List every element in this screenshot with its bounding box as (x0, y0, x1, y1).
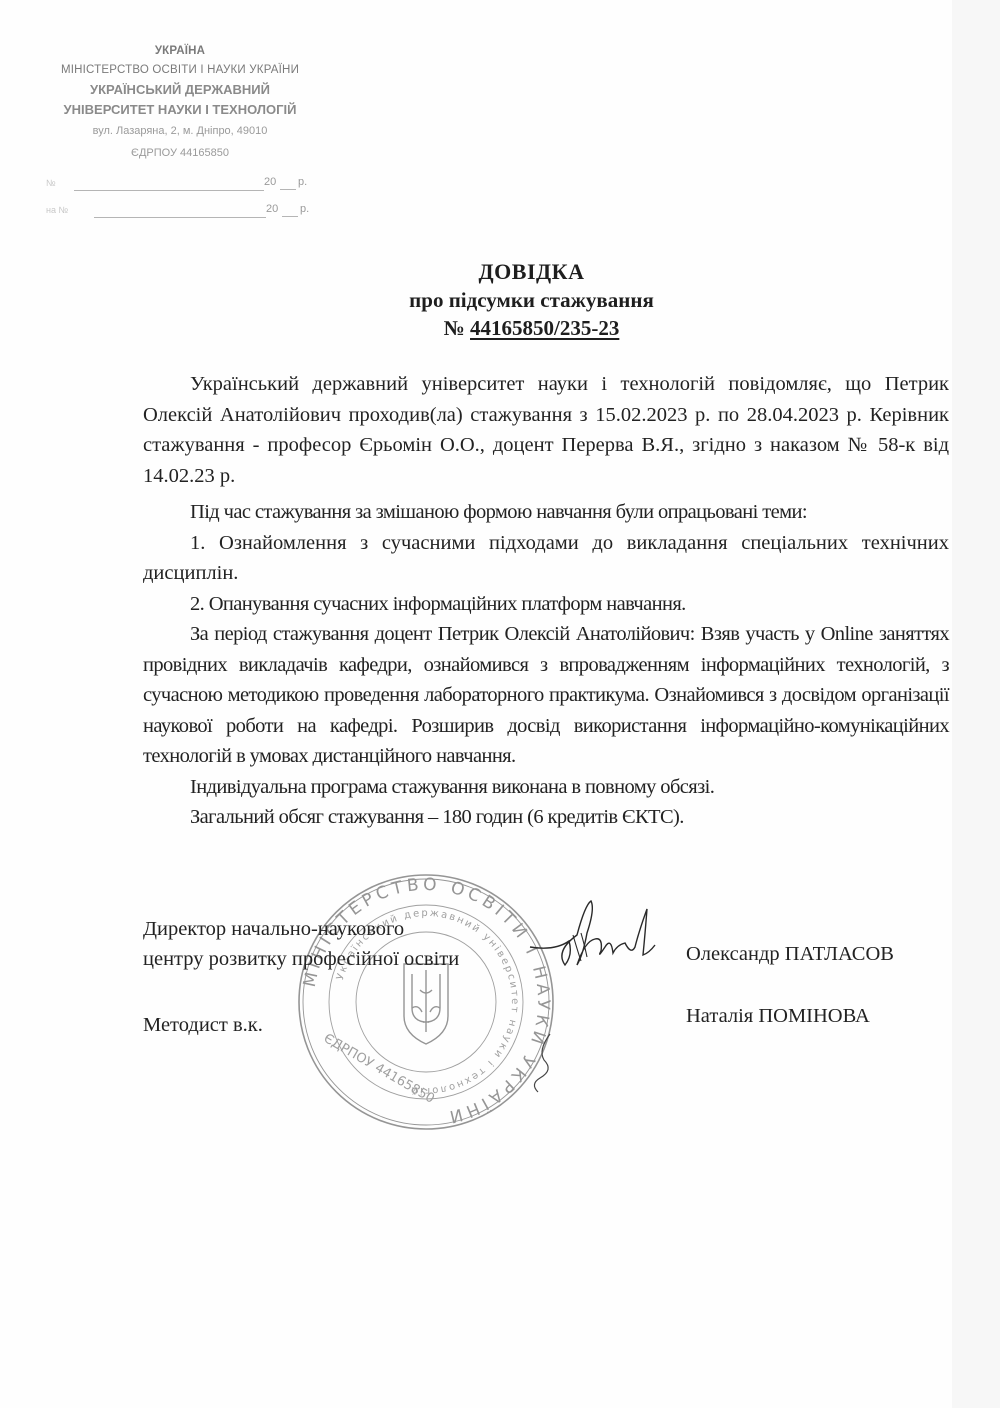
topic-item-1: 1. Ознайомлення з сучасними підходами до… (143, 528, 949, 589)
svg-text:ЄДРПОУ 44165850: ЄДРПОУ 44165850 (321, 1031, 437, 1107)
reg-suffix: р. (298, 176, 307, 188)
paragraph-activities: За період стажування доцент Петрик Олекс… (143, 619, 949, 772)
reg-year-blank (280, 189, 296, 190)
number-value: 44165850/235-23 (470, 316, 619, 340)
reg-suffix: р. (300, 203, 309, 215)
stamp-edrpou: ЄДРПОУ 44165850 (30, 142, 330, 164)
stamp-university-line1: УКРАЇНСЬКИЙ ДЕРЖАВНИЙ (30, 80, 330, 100)
reg-year-blank (282, 216, 298, 217)
director-title-line1: Директор начально-наукового (143, 914, 459, 944)
director-signature-icon (525, 895, 665, 975)
reg-blank (74, 190, 264, 191)
director-title: Директор начально-наукового центру розви… (143, 914, 459, 974)
director-name: Олександр ПАТЛАСОВ (686, 939, 894, 969)
document-body: Український державний університет науки … (143, 369, 949, 833)
official-seal-icon: МІНІСТЕРСТВО ОСВІТИ І НАУКИ УКРАЇНИ Укра… (296, 872, 556, 1132)
document-title-block: ДОВІДКА про підсумки стажування № 441658… (0, 258, 1000, 342)
stamp-ministry: МІНІСТЕРСТВО ОСВІТИ І НАУКИ УКРАЇНИ (30, 61, 330, 80)
reply-to-number-line: на № 20 р. (44, 203, 324, 221)
number-prefix: № (444, 316, 470, 340)
reg-blank (94, 217, 266, 218)
registration-number-line: № 20 р. (44, 176, 324, 194)
document-title: ДОВІДКА (0, 258, 1000, 286)
paragraph-intro: Український державний університет науки … (143, 369, 949, 491)
topic-item-2: 2. Опанування сучасних інформаційних пла… (143, 589, 949, 620)
stamp-university-line2: УНІВЕРСИТЕТ НАУКИ І ТЕХНОЛОГІЙ (30, 100, 330, 120)
document-subtitle: про підсумки стажування (0, 286, 1000, 314)
page-edge (952, 0, 1000, 1408)
paragraph-program-completed: Індивідуальна програма стажування викона… (143, 772, 949, 803)
methodist-signature-icon (520, 1030, 570, 1100)
paragraph-total-volume: Загальний обсяг стажування – 180 годин (… (143, 802, 949, 833)
stamp-country: УКРАЇНА (30, 42, 330, 61)
reg-year: 20 (266, 203, 278, 215)
reg-prefix: № (46, 178, 56, 188)
methodist-title: Методист в.к. (143, 1010, 263, 1040)
stamp-address: вул. Лазаряна, 2, м. Дніпро, 49010 (30, 120, 330, 142)
paragraph-topics-intro: Під час стажування за змішаною формою на… (143, 497, 949, 528)
document-number: № 44165850/235-23 (0, 314, 1000, 342)
reg-year: 20 (264, 176, 276, 188)
corner-registration-stamp: УКРАЇНА МІНІСТЕРСТВО ОСВІТИ І НАУКИ УКРА… (30, 42, 330, 164)
director-title-line2: центру розвитку професійної освіти (143, 944, 459, 974)
reg-prefix: на № (46, 205, 68, 215)
methodist-name: Наталія ПОМІНОВА (686, 1001, 870, 1031)
